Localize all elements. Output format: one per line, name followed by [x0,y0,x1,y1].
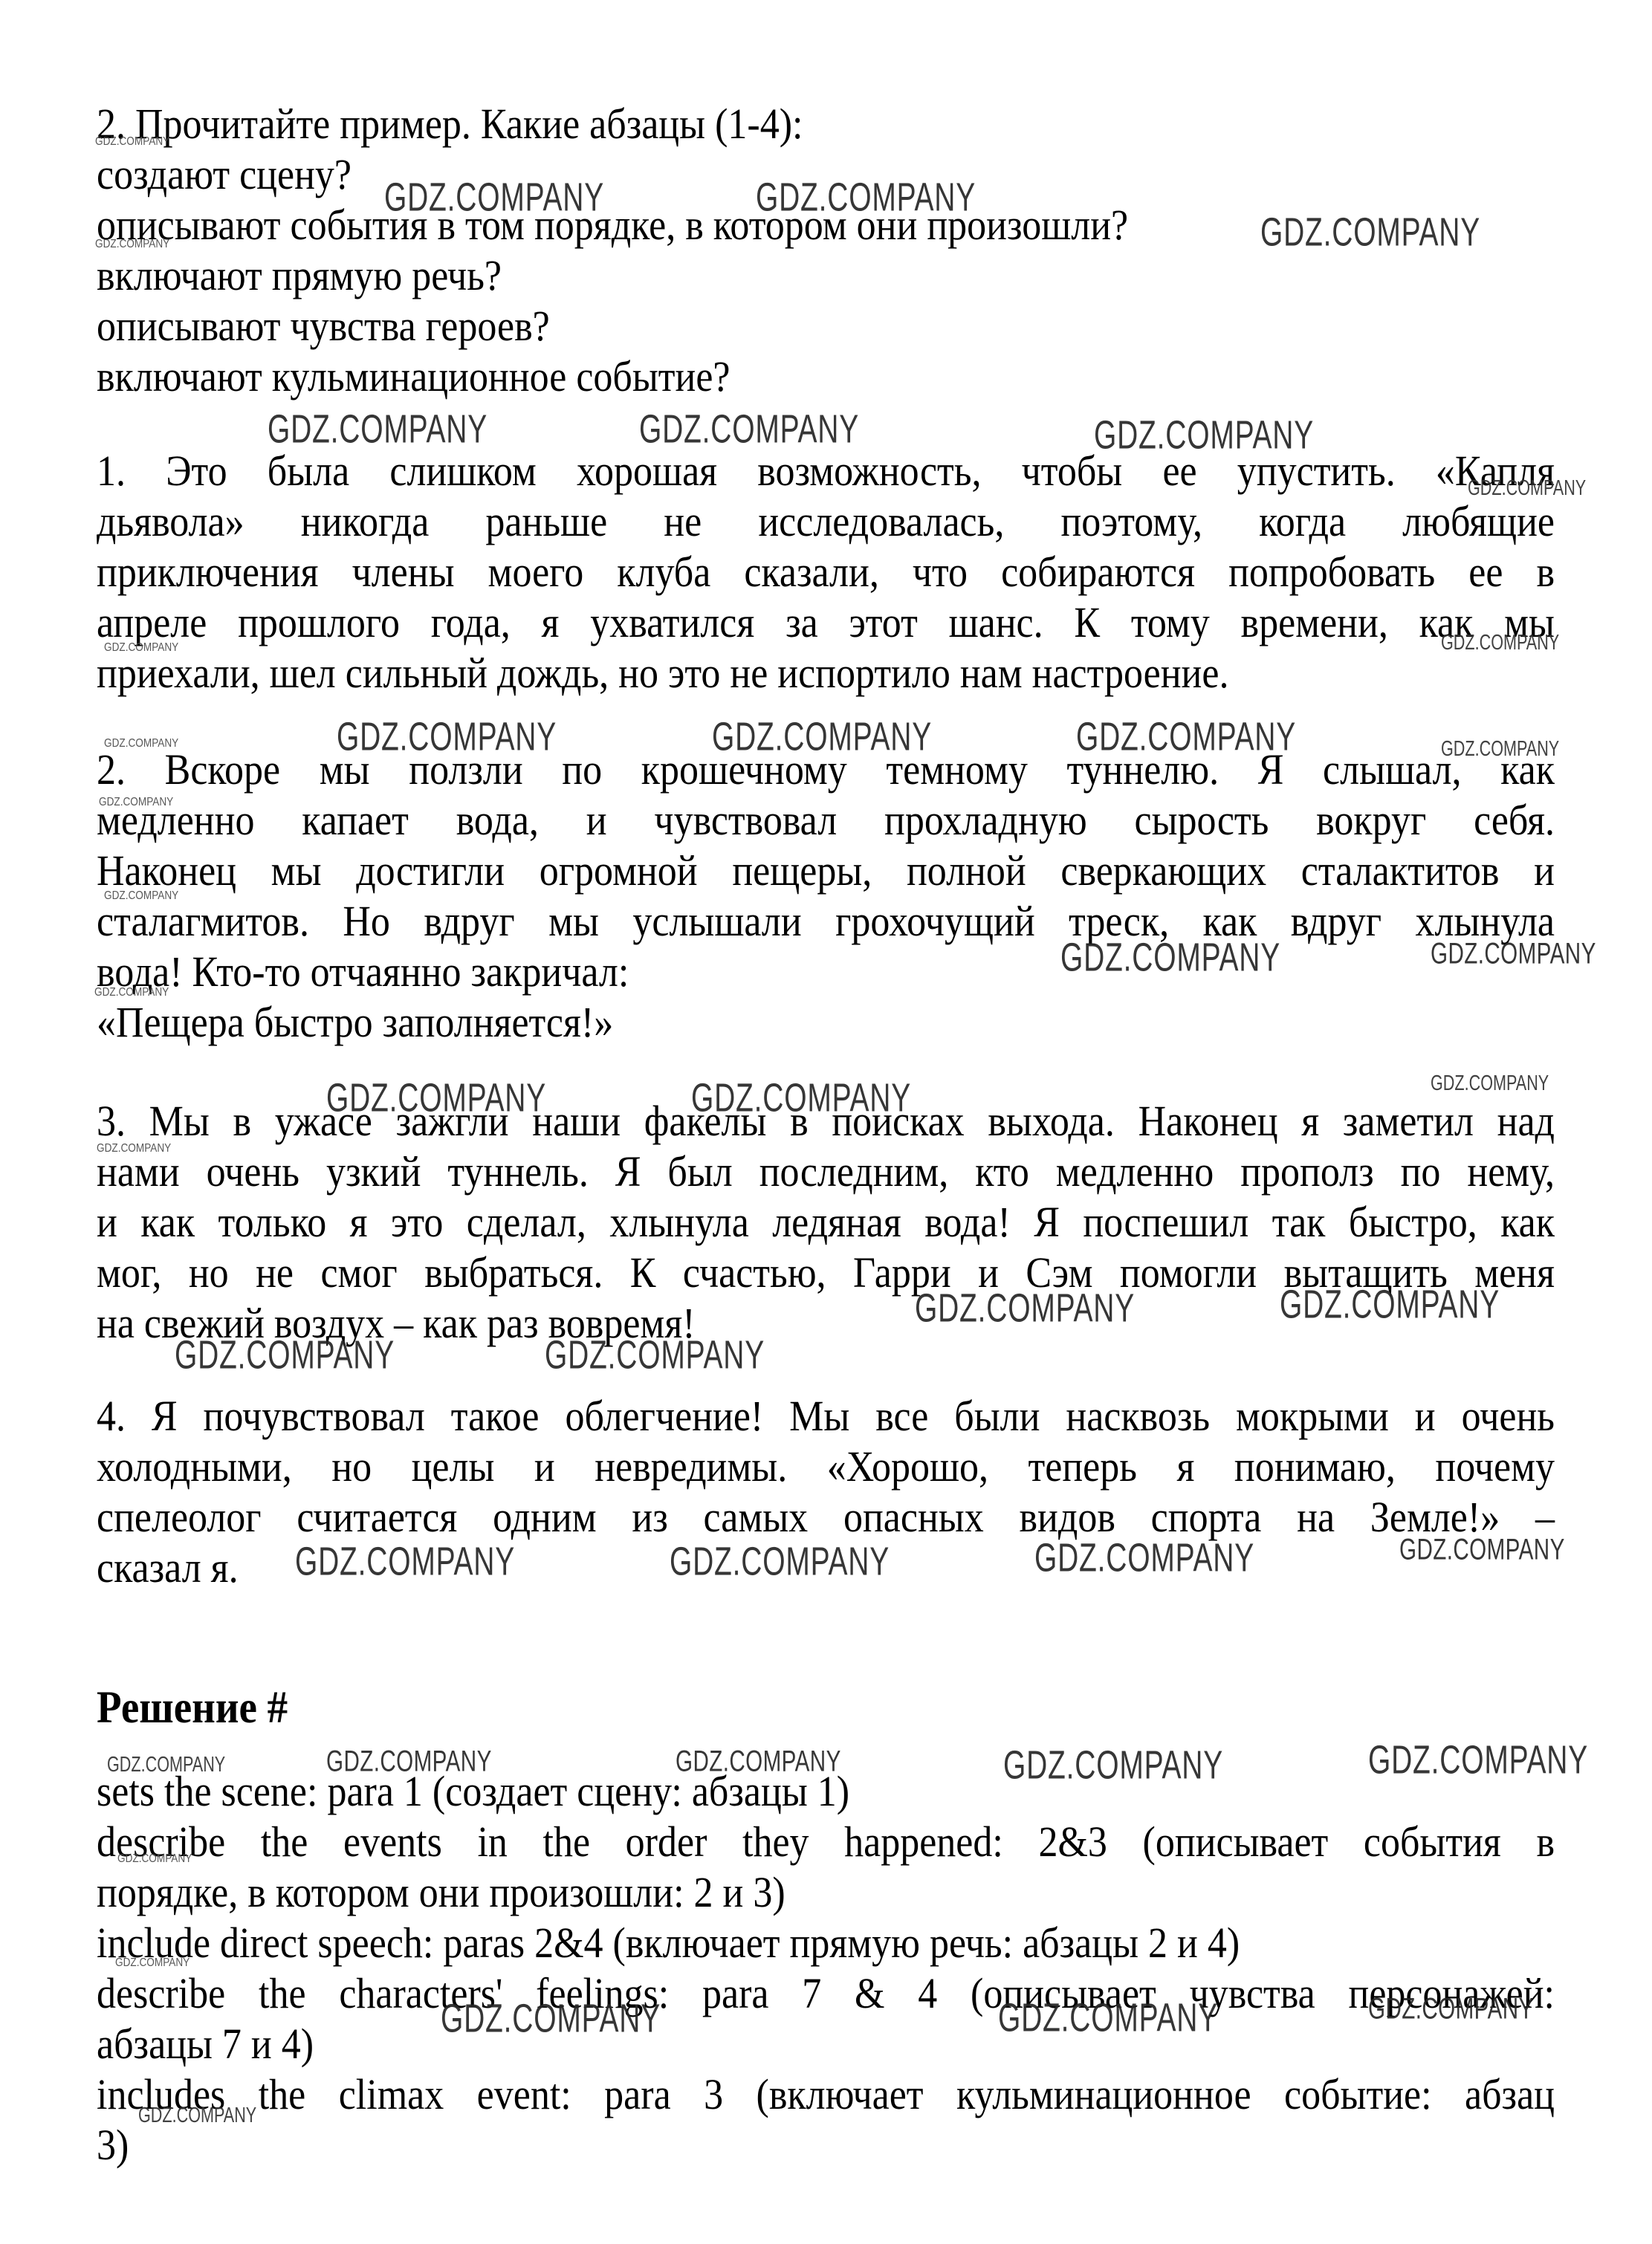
story-line: приключения члены моего клуба сказали, ч… [97,545,1555,601]
answer-line: include direct speech: paras 2&4 (включа… [97,1916,1555,1972]
watermark-stamp: GDZ.COMPANY [1034,1537,1254,1577]
watermark-stamp: GDZ.COMPANY [1368,1739,1588,1780]
watermark-stamp: GDZ.COMPANY [94,987,169,999]
exercise-heading: 2. Прочитайте пример. Какие абзацы (1-4)… [97,97,1555,153]
watermark-stamp: GDZ.COMPANY [115,1957,190,1969]
watermark-stamp: GDZ.COMPANY [384,177,604,217]
watermark-stamp: GDZ.COMPANY [1094,415,1314,455]
story-line: приехали, шел сильный дождь, но это не и… [97,646,1555,702]
answer-line: абзацы 7 и 4) [97,2017,1555,2073]
watermark-stamp: GDZ.COMPANY [1280,1284,1500,1324]
watermark-stamp: GDZ.COMPANY [1003,1745,1223,1785]
question-line: описывают чувства героев? [97,299,1555,355]
watermark-stamp: GDZ.COMPANY [915,1288,1135,1328]
watermark-stamp: GDZ.COMPANY [107,1754,225,1775]
watermark-stamp: GDZ.COMPANY [117,1853,192,1865]
watermark-stamp: GDZ.COMPANY [1399,1535,1565,1565]
story-line: нами очень узкий туннель. Я был последни… [97,1144,1555,1201]
story-line: и как только я это сделал, хлынула ледян… [97,1195,1555,1251]
story-line: 1. Это была слишком хорошая возможность,… [97,444,1555,500]
watermark-stamp: GDZ.COMPANY [175,1335,395,1375]
watermark-stamp: GDZ.COMPANY [95,136,169,148]
watermark-stamp: GDZ.COMPANY [138,2105,256,2126]
watermark-stamp: GDZ.COMPANY [337,716,557,756]
question-line: включают кульминационное событие? [97,349,1555,406]
watermark-stamp: GDZ.COMPANY [1260,212,1480,252]
watermark-stamp: GDZ.COMPANY [1076,716,1296,756]
watermark-stamp: GDZ.COMPANY [1431,1073,1549,1094]
watermark-stamp: GDZ.COMPANY [1368,1994,1534,2024]
watermark-stamp: GDZ.COMPANY [295,1541,515,1581]
watermark-stamp: GDZ.COMPANY [545,1335,765,1375]
story-line: Наконец мы достигли огромной пещеры, пол… [97,843,1555,900]
story-line: спелеолог считается одним из самых опасн… [97,1490,1555,1546]
watermark-stamp: GDZ.COMPANY [1060,937,1280,977]
watermark-stamp: GDZ.COMPANY [97,1143,171,1155]
answer-line: includes the climax event: para 3 (включ… [97,2067,1555,2124]
watermark-stamp: GDZ.COMPANY [676,1747,841,1777]
story-line: дьявола» никогда раньше не исследовалась… [97,494,1555,551]
story-line: медленно капает вода, и чувствовал прохл… [97,793,1555,849]
story-line: апреле прошлого года, я ухватился за это… [97,595,1555,652]
document-page: 2. Прочитайте пример. Какие абзацы (1-4)… [0,0,1652,2244]
story-line: холодными, но целы и невредимы. «Хорошо,… [97,1439,1555,1496]
watermark-stamp: GDZ.COMPANY [691,1077,911,1118]
answer-line: 3) [97,2118,1555,2174]
story-line: вода! Кто-то отчаянно закричал: [97,944,1555,1001]
answer-line: describe the events in the order they ha… [97,1815,1555,1871]
story-line: 4. Я почувствовал такое облегчение! Мы в… [97,1389,1555,1445]
watermark-stamp: GDZ.COMPANY [104,738,178,750]
watermark-stamp: GDZ.COMPANY [95,239,169,250]
question-line: включают прямую речь? [97,248,1555,305]
watermark-stamp: GDZ.COMPANY [1441,632,1559,653]
story-paragraph: 1. Это была слишком хорошая возможность,… [97,447,1555,699]
watermark-stamp: GDZ.COMPANY [441,1998,661,2038]
watermark-stamp: GDZ.COMPANY [104,642,178,654]
watermark-stamp: GDZ.COMPANY [268,409,487,449]
watermark-stamp: GDZ.COMPANY [756,177,976,217]
watermark-stamp: GDZ.COMPANY [1441,739,1559,759]
answer-list: sets the scene: para 1 (создает сцену: а… [97,1767,1555,2171]
watermark-stamp: GDZ.COMPANY [670,1541,890,1581]
story-paragraph: 2. Вскоре мы ползли по крошечному темном… [97,745,1555,1048]
watermark-stamp: GDZ.COMPANY [104,890,178,902]
watermark-stamp: GDZ.COMPANY [639,409,859,449]
story-line: сталагмитов. Но вдруг мы услышали грохоч… [97,894,1555,950]
watermark-stamp: GDZ.COMPANY [712,716,932,756]
watermark-stamp: GDZ.COMPANY [998,1997,1218,2037]
story-line: «Пещера быстро заполняется!» [97,995,1555,1051]
answer-line: порядке, в котором они произошли: 2 и 3) [97,1865,1555,1922]
watermark-stamp: GDZ.COMPANY [326,1747,492,1777]
answer-line: describe the characters' feelings: para … [97,1966,1555,2023]
solution-heading: Решение # [97,1681,288,1734]
watermark-stamp: GDZ.COMPANY [326,1077,546,1118]
watermark-stamp: GDZ.COMPANY [1468,478,1586,499]
watermark-stamp: GDZ.COMPANY [99,797,173,808]
watermark-stamp: GDZ.COMPANY [1431,939,1596,969]
